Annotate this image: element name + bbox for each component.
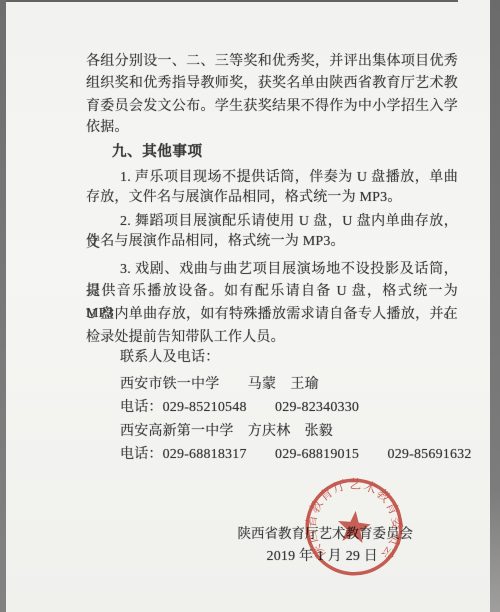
scanned-document-page: 各组分别设一、二、三等奖和优秀奖，并评出集体项目优秀 组织奖和优秀指导教师奖，获…: [0, 0, 500, 612]
item3-line: 3. 戏剧、戏曲与曲艺项目展演场地不设投影及话筒，只: [86, 259, 458, 281]
item3-line: 检录处提前告知带队工作人员。: [86, 327, 458, 349]
contact-row: 西安市铁一中学 马蒙 王瑜: [86, 374, 458, 396]
item3-line: U 盘内单曲存放，如有特殊播放需求请自备专人播放，并在: [86, 304, 458, 326]
item3-line: 提供音乐播放设备。如有配乐请自备 U 盘，格式统一为 MP3。: [86, 281, 458, 303]
paragraph-line: 依据。: [86, 117, 458, 139]
scan-edge-right: [490, 0, 500, 612]
contact-phone-row: 电话：029-68818317 029-68819015 029-8569163…: [86, 444, 458, 466]
contact-phone-row: 电话：029-85210548 029-82340330: [86, 397, 458, 419]
seal-star-icon: [336, 509, 372, 544]
section-heading: 九、其他事项: [86, 141, 458, 163]
item2-line: 件名与展演作品相同，格式统一为 MP3。: [86, 231, 458, 253]
scan-edge-top: [0, 0, 458, 2]
paragraph-line: 各组分别设一、二、三等奖和优秀奖，并评出集体项目优秀: [86, 51, 458, 73]
paragraph-line: 组织奖和优秀指导教师奖，获奖名单由陕西省教育厅艺术教: [86, 73, 458, 95]
item1-line: 1. 声乐项目现场不提供话筒，伴奏为 U 盘播放，单曲: [86, 167, 458, 189]
scan-edge-left: [0, 0, 6, 612]
official-seal: 陕西省教育厅艺术教育委员会: [293, 466, 415, 588]
item2-line: 2. 舞蹈项目展演配乐请使用 U 盘，U 盘内单曲存放，文: [86, 211, 458, 233]
contact-label: 联系人及电话：: [86, 347, 458, 369]
contact-row: 西安高新第一中学 方庆林 张毅: [86, 421, 458, 443]
paragraph-line: 育委员会发文公布。学生获奖结果不得作为中小学招生入学: [86, 96, 458, 118]
item1-line: 存放，文件名与展演作品相同，格式统一为 MP3。: [86, 187, 458, 209]
